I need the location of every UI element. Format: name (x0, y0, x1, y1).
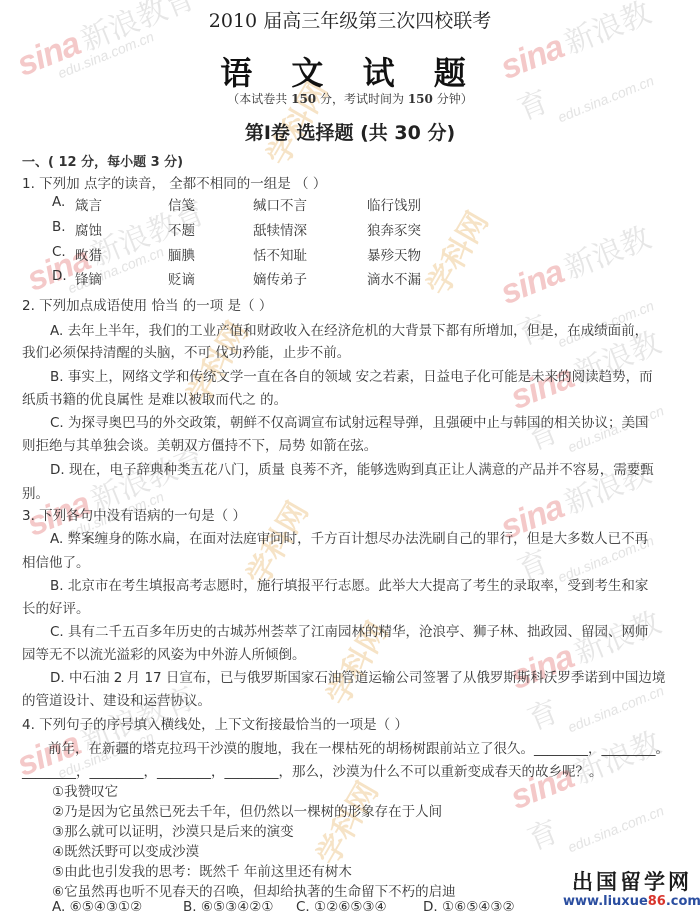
question-3-option-b-line1: B. 北京市在考生填报高考志愿时，施行填报平行志愿。此举大大提高了考生的录取率，… (50, 574, 648, 594)
exam-time: 150 (408, 92, 433, 106)
question-3-option-a-line1: A. 弊案缠身的陈水扁，在面对法庭审问时，千方百计想尽办法洗刷自己的罪行，但是大… (50, 527, 648, 547)
sina-watermark-url: edu.sina.com.cn (556, 284, 688, 350)
option-item: 腐蚀 (75, 219, 102, 239)
question-4-sentence-2: ②乃是因为它虽然已死去千年，但仍然以一棵树的形象存在于人间 (52, 800, 442, 820)
question-4-stem: 4. 下列句子的序号填入横线处，上下文衔接最恰当的一项是（ ） (22, 713, 408, 733)
option-item: 不题 (168, 219, 195, 239)
option-item: 狼奔豕突 (367, 219, 421, 239)
question-4-sentence-5: ⑤由此也引发我的思考：既然千 年前这里还有树木 (52, 860, 352, 880)
section-heading: 一、( 12 分，每小题 3 分) (22, 151, 183, 170)
question-3-option-a-line2: 相信他了。 (22, 551, 90, 571)
answer-label: A. (52, 899, 65, 914)
question-3-option-c-line2: 园等无不以流光溢彩的风姿为中外游人所倾倒。 (22, 643, 306, 663)
option-item: 畋猎 (75, 244, 102, 264)
option-item: 滴水不漏 (367, 268, 421, 288)
total-score: 150 (291, 92, 316, 106)
exam-info: （本试卷共 150 分，考试时间为 150 分钟） (0, 90, 700, 107)
answer-b: B. ⑥⑤③④②① (183, 899, 273, 914)
question-3-option-d-line2: 的管道设计、建设和运营协议。 (22, 689, 211, 709)
site-highlight: 86 (648, 894, 666, 909)
zxxk-watermark-text: 学科网 (420, 206, 495, 301)
logo-site: www.liuxue86.com (563, 894, 700, 910)
option-item: 恬不知耻 (253, 244, 307, 264)
question-2-option-a-line2: 我们必须保持清醒的头脑，不可 伐功矜能，止步不前。 (22, 341, 350, 361)
answer-label: C. (296, 899, 310, 914)
option-item: 腼腆 (168, 244, 195, 264)
question-4-passage-line1: 前年，在新疆的塔克拉玛干沙漠的腹地，我在一棵枯死的胡杨树跟前站立了很久。____… (48, 737, 669, 757)
question-4-sentence-3: ③那么就可以证明，沙漠只是后来的演变 (52, 820, 294, 840)
question-2-option-c-line2: 则拒绝与其单独会谈。美朝双方僵持不下，局势 如箭在弦。 (22, 434, 377, 454)
question-4-passage-line2: ________，________，________，________，那么，沙… (22, 760, 603, 780)
question-4-sentence-6: ⑥它虽然再也听不见春天的召唤，但却给执著的生命留下不朽的启迪 (52, 880, 456, 900)
option-label: B. (52, 219, 66, 235)
exam-title: 2010 届高三年级第三次四校联考 (0, 6, 700, 33)
sina-logo: sina (495, 253, 569, 312)
logo-name: 出国留学网 (563, 870, 700, 894)
question-2-option-c-line1: C. 为探寻奥巴马的外交政策，朝鲜不仅高调宣布试射远程导弹，且强硬中止与韩国的相… (50, 411, 649, 431)
answer-value: ⑥⑤④③①② (70, 899, 143, 914)
question-2-option-a-line1: A. 去年上半年，我们的工业产值和财政收入在经济危机的大背景下都有所增加，但是，… (50, 319, 648, 339)
answer-c: C. ①②⑥⑤③④ (296, 899, 387, 914)
question-2-option-b-line1: B. 事实上，网络文学和传统文学一直在各自的领域 安之若素，日益电子化可能是未来… (50, 365, 653, 385)
question-2-stem: 2. 下列加点成语使用 恰当 的一项 是（ ） (22, 294, 272, 314)
sina-watermark-text: 新浪教育 (523, 325, 666, 457)
exam-info-suffix: 分钟） (433, 92, 473, 106)
question-3-option-d-line1: D. 中石油 2 月 17 日宣布，已与俄罗斯国家石油管道运输公司签署了从俄罗斯… (50, 666, 665, 686)
answer-d: D. ①⑥⑤④③② (423, 899, 515, 914)
part-title: 第Ⅰ卷 选择题 (共 30 分) (0, 118, 700, 145)
option-label: D. (52, 268, 67, 284)
option-item: 箴言 (75, 194, 102, 214)
sina-watermark-url: edu.sina.com.cn (566, 793, 689, 855)
question-2-option-b-line2: 纸质书籍的优良属性 是难以被取而代之 的。 (22, 388, 287, 408)
site-prefix: www.liuxue (563, 894, 648, 909)
option-item: 暴殄天物 (367, 244, 421, 264)
subject-title: 语 文 试 题 (0, 48, 700, 94)
answer-label: B. (183, 899, 197, 914)
zxxk-watermark: 学科网 (413, 202, 496, 302)
option-item: 信笺 (168, 194, 195, 214)
question-3-stem: 3. 下列各句中没有语病的一句是（ ） (22, 504, 246, 524)
option-item: 锋镝 (75, 268, 102, 288)
option-item: 舐犊情深 (253, 219, 307, 239)
option-label: C. (52, 244, 66, 260)
answer-value: ①⑥⑤④③② (442, 899, 515, 914)
question-3-option-b-line2: 长的好评。 (22, 597, 90, 617)
answer-value: ①②⑥⑤③④ (314, 899, 387, 914)
zxxk-watermark: 学科网 (303, 772, 386, 872)
sina-watermark: sina新浪教育 edu.sina.com.cn (493, 208, 687, 363)
site-suffix: .com (666, 894, 700, 909)
option-label: A. (52, 194, 65, 210)
question-4-sentence-4: ④既然沃野可以变成沙漠 (52, 840, 199, 860)
sina-watermark: sina新浪教育 edu.sina.com.cn (503, 317, 688, 468)
question-3-option-c-line1: C. 具有二千五百多年历史的古城苏州荟萃了江南园林的精华，沧浪亭、狮子林、拙政园… (50, 620, 649, 640)
answer-a: A. ⑥⑤④③①② (52, 899, 142, 914)
liuxue86-logo[interactable]: 出国留学网 www.liuxue86.com (563, 870, 700, 910)
exam-info-prefix: （本试卷共 (227, 92, 291, 106)
question-2-option-d-line2: 别。 (22, 482, 49, 502)
question-4-sentence-1: ①我赞叹它 (52, 780, 118, 800)
option-item: 贬谪 (168, 268, 195, 288)
option-item: 临行饯别 (367, 194, 421, 214)
question-2-option-d-line1: D. 现在，电子辞典种类五花八门，质量 良莠不齐，能够选购到真正让人满意的产品并… (50, 458, 654, 478)
zxxk-watermark-text: 学科网 (310, 776, 385, 871)
answer-value: ⑥⑤③④②① (201, 899, 274, 914)
question-1-stem: 1. 下列加 点字的读音， 全都不相同的一组是 （ ） (22, 172, 326, 192)
exam-info-mid: 分，考试时间为 (316, 92, 408, 106)
option-item: 缄口不言 (253, 194, 307, 214)
answer-label: D. (423, 899, 438, 914)
option-item: 嫡传弟子 (253, 268, 307, 288)
